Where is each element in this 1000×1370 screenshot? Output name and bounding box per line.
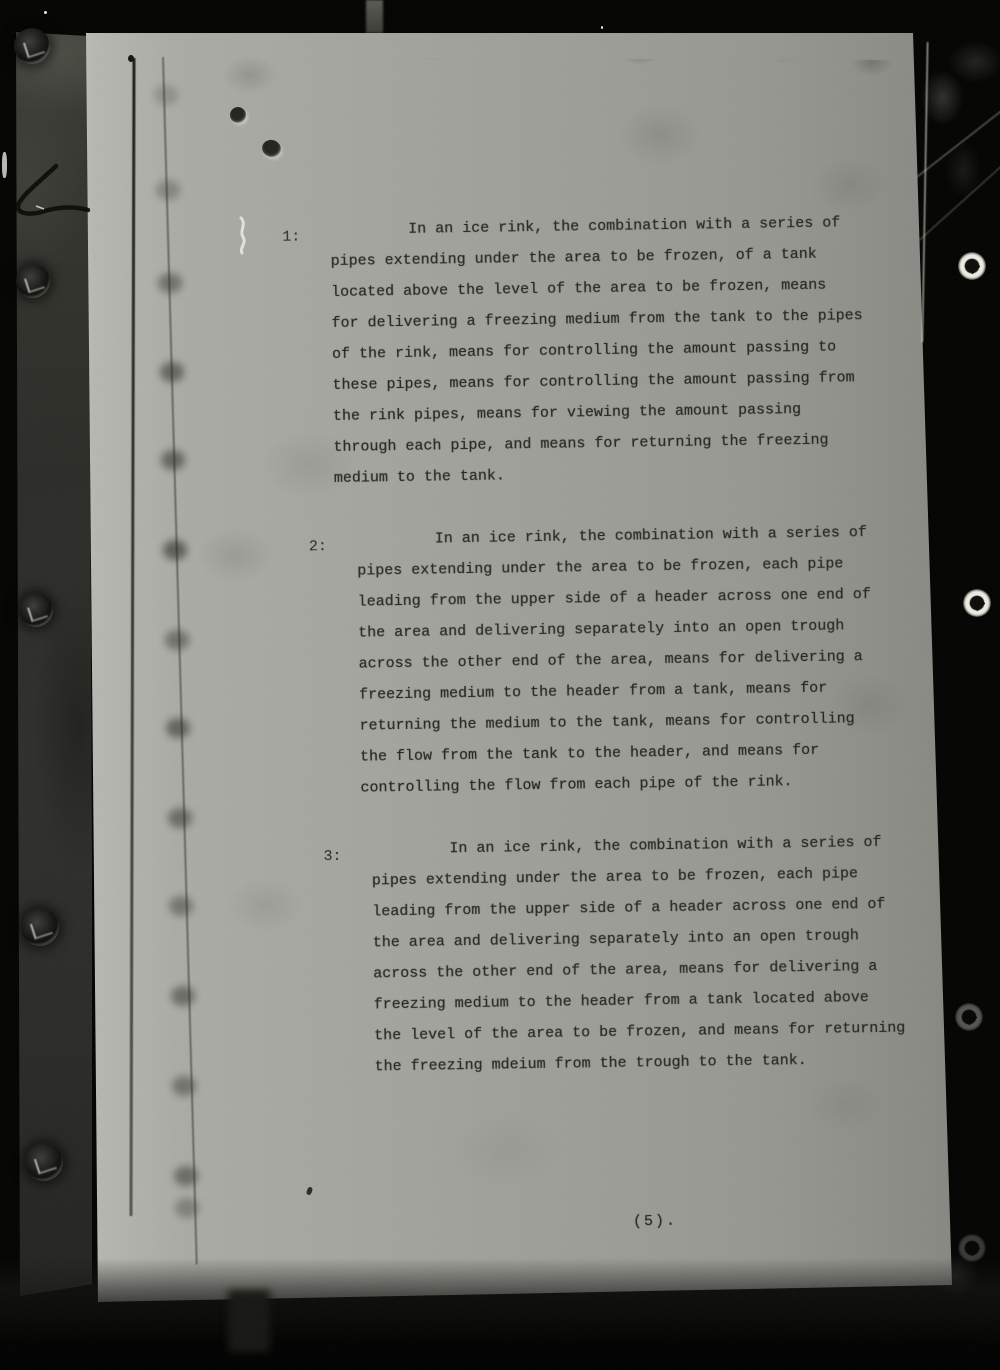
bleed-spot: [174, 1166, 198, 1186]
screw-head: [14, 28, 50, 64]
grommet-icon: [958, 252, 986, 280]
claim-1-text: In an ice rink, the combination with a s…: [330, 206, 944, 494]
grommet-icon: [955, 1003, 983, 1031]
bleed-spot: [154, 85, 178, 105]
bleed-spot: [156, 180, 180, 200]
claim-1-number: 1:: [282, 228, 300, 245]
claim-3: 3: In an ice rink, the combination with …: [371, 825, 985, 1082]
film-texture: [918, 35, 1000, 215]
bleed-spot: [172, 1076, 196, 1096]
bottom-tab-shadow: [228, 1290, 270, 1352]
bleed-spot: [161, 450, 185, 470]
screw-head: [25, 1143, 63, 1181]
screw-head: [21, 908, 59, 946]
screw-head: [16, 264, 50, 298]
bleed-spot: [163, 540, 187, 560]
claim-2: 2: In an ice rink, the combination with …: [357, 516, 971, 804]
bleed-spot: [158, 273, 182, 293]
claim-1: 1: In an ice rink, the combination with …: [330, 206, 944, 494]
bleed-spot: [160, 362, 184, 382]
grommet-icon: [963, 589, 991, 617]
microfilm-frame: 1: In an ice rink, the combination with …: [0, 0, 1000, 1370]
bleed-spot: [165, 630, 189, 650]
page-number: (5).: [633, 1213, 677, 1231]
staple-hole: [230, 107, 246, 123]
sheet-edge-dot: [128, 55, 134, 62]
bleed-spot: [166, 718, 190, 738]
bottom-shadow: [0, 1258, 1000, 1370]
claim-3-text: In an ice rink, the combination with a s…: [371, 825, 985, 1082]
screw-head: [19, 593, 53, 627]
grommet-icon: [958, 1234, 986, 1262]
dust-speck: [601, 26, 603, 29]
bleed-spot: [169, 896, 193, 916]
bleed-spot: [168, 808, 192, 828]
film-notch: [366, 0, 383, 33]
claim-2-number: 2:: [309, 538, 327, 555]
bleed-spot: [171, 986, 195, 1006]
claim-3-number: 3:: [323, 848, 341, 865]
dust-speck: [44, 11, 47, 14]
bleed-spot: [175, 1198, 199, 1218]
claim-2-text: In an ice rink, the combination with a s…: [357, 516, 971, 804]
film-scratch: [2, 152, 7, 178]
binding-strip: [0, 28, 92, 1296]
